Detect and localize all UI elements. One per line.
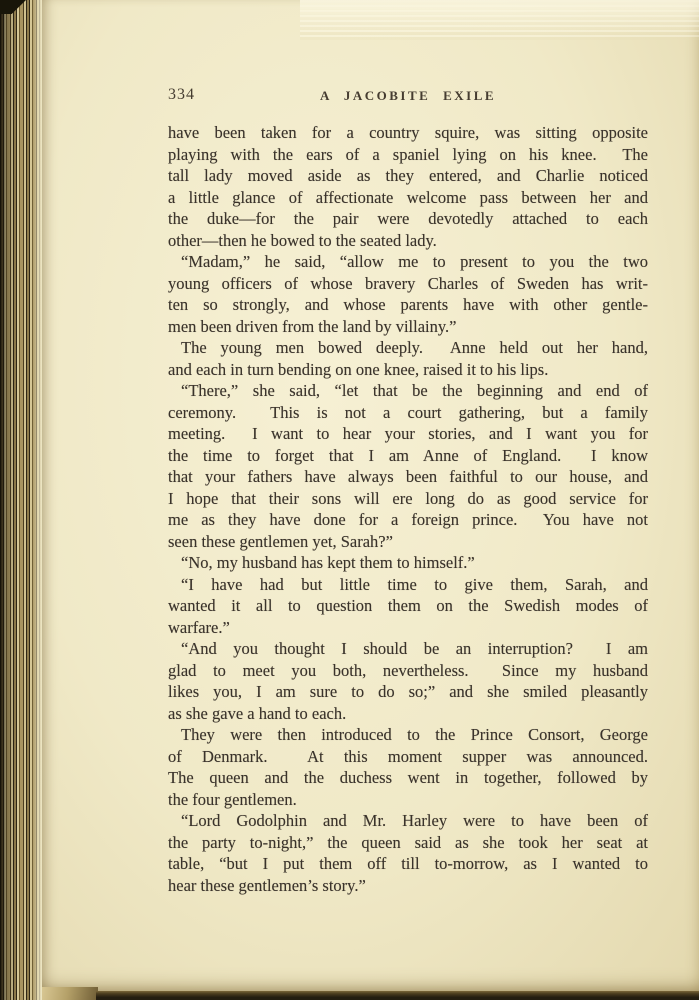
- text-line: The young men bowed deeply. Anne held ou…: [168, 337, 648, 359]
- text-line: meeting. I want to hear your stories, an…: [168, 423, 648, 445]
- text-block: have been taken for a country squire, wa…: [168, 122, 648, 896]
- paragraph: “There,” she said, “let that be the begi…: [168, 380, 648, 552]
- book-bottom-edge: [96, 991, 699, 1000]
- text-line: me as they have done for a foreign princ…: [168, 509, 648, 531]
- text-line: that your fathers have always been faith…: [168, 466, 648, 488]
- text-line: “There,” she said, “let that be the begi…: [168, 380, 648, 402]
- text-line: wanted it all to question them on the Sw…: [168, 595, 648, 617]
- text-line: the party to-night,” the queen said as s…: [168, 832, 648, 854]
- text-line: the time to forget that I am Anne of Eng…: [168, 445, 648, 467]
- text-line: “I have had but little time to give them…: [168, 574, 648, 596]
- text-line: likes you, I am sure to do so;” and she …: [168, 681, 648, 703]
- bottom-left-page-edge: [42, 987, 98, 1000]
- running-title: A JACOBITE EXILE: [320, 88, 496, 104]
- text-line: table, “but I put them off till to-morro…: [168, 853, 648, 875]
- text-line: a little glance of affectionate welcome …: [168, 187, 648, 209]
- text-line: hear these gentlemen’s story.”: [168, 875, 648, 897]
- running-head: 334 A JACOBITE EXILE: [168, 86, 648, 108]
- text-line: have been taken for a country squire, wa…: [168, 122, 648, 144]
- text-line: The queen and the duchess went in togeth…: [168, 767, 648, 789]
- text-line: playing with the ears of a spaniel lying…: [168, 144, 648, 166]
- paragraph: have been taken for a country squire, wa…: [168, 122, 648, 251]
- paragraph: “Madam,” he said, “allow me to present t…: [168, 251, 648, 337]
- paragraph: They were then introduced to the Prince …: [168, 724, 648, 810]
- text-line: They were then introduced to the Prince …: [168, 724, 648, 746]
- text-line: I hope that their sons will ere long do …: [168, 488, 648, 510]
- text-line: “Madam,” he said, “allow me to present t…: [168, 251, 648, 273]
- text-line: the four gentlemen.: [168, 789, 648, 811]
- text-line: young officers of whose bravery Charles …: [168, 273, 648, 295]
- text-line: ten so strongly, and whose parents have …: [168, 294, 648, 316]
- text-line: and each in turn bending on one knee, ra…: [168, 359, 648, 381]
- paragraph: “Lord Godolphin and Mr. Harley were to h…: [168, 810, 648, 896]
- text-line: “And you thought I should be an interrup…: [168, 638, 648, 660]
- text-line: tall lady moved aside as they entered, a…: [168, 165, 648, 187]
- text-line: glad to meet you both, nevertheless. Sin…: [168, 660, 648, 682]
- book-page: 334 A JACOBITE EXILE have been taken for…: [42, 0, 699, 991]
- text-line: warfare.”: [168, 617, 648, 639]
- paragraph: “And you thought I should be an interrup…: [168, 638, 648, 724]
- page-number: 334: [168, 86, 195, 104]
- text-line: other—then he bowed to the seated lady.: [168, 230, 648, 252]
- paragraph: “No, my husband has kept them to himself…: [168, 552, 648, 574]
- book-scan: 334 A JACOBITE EXILE have been taken for…: [0, 0, 699, 1000]
- text-line: ceremony. This is not a court gathering,…: [168, 402, 648, 424]
- text-line: “No, my husband has kept them to himself…: [168, 552, 648, 574]
- text-line: “Lord Godolphin and Mr. Harley were to h…: [168, 810, 648, 832]
- text-line: of Denmark. At this moment supper was an…: [168, 746, 648, 768]
- text-line: the duke—for the pair were devotedly att…: [168, 208, 648, 230]
- top-page-edge-sheen: [300, 0, 699, 40]
- paragraph: “I have had but little time to give them…: [168, 574, 648, 639]
- page-edges-stack: [0, 0, 42, 1000]
- text-line: seen these gentlemen yet, Sarah?”: [168, 531, 648, 553]
- paragraph: The young men bowed deeply. Anne held ou…: [168, 337, 648, 380]
- text-line: men been driven from the land by villain…: [168, 316, 648, 338]
- text-line: as she gave a hand to each.: [168, 703, 648, 725]
